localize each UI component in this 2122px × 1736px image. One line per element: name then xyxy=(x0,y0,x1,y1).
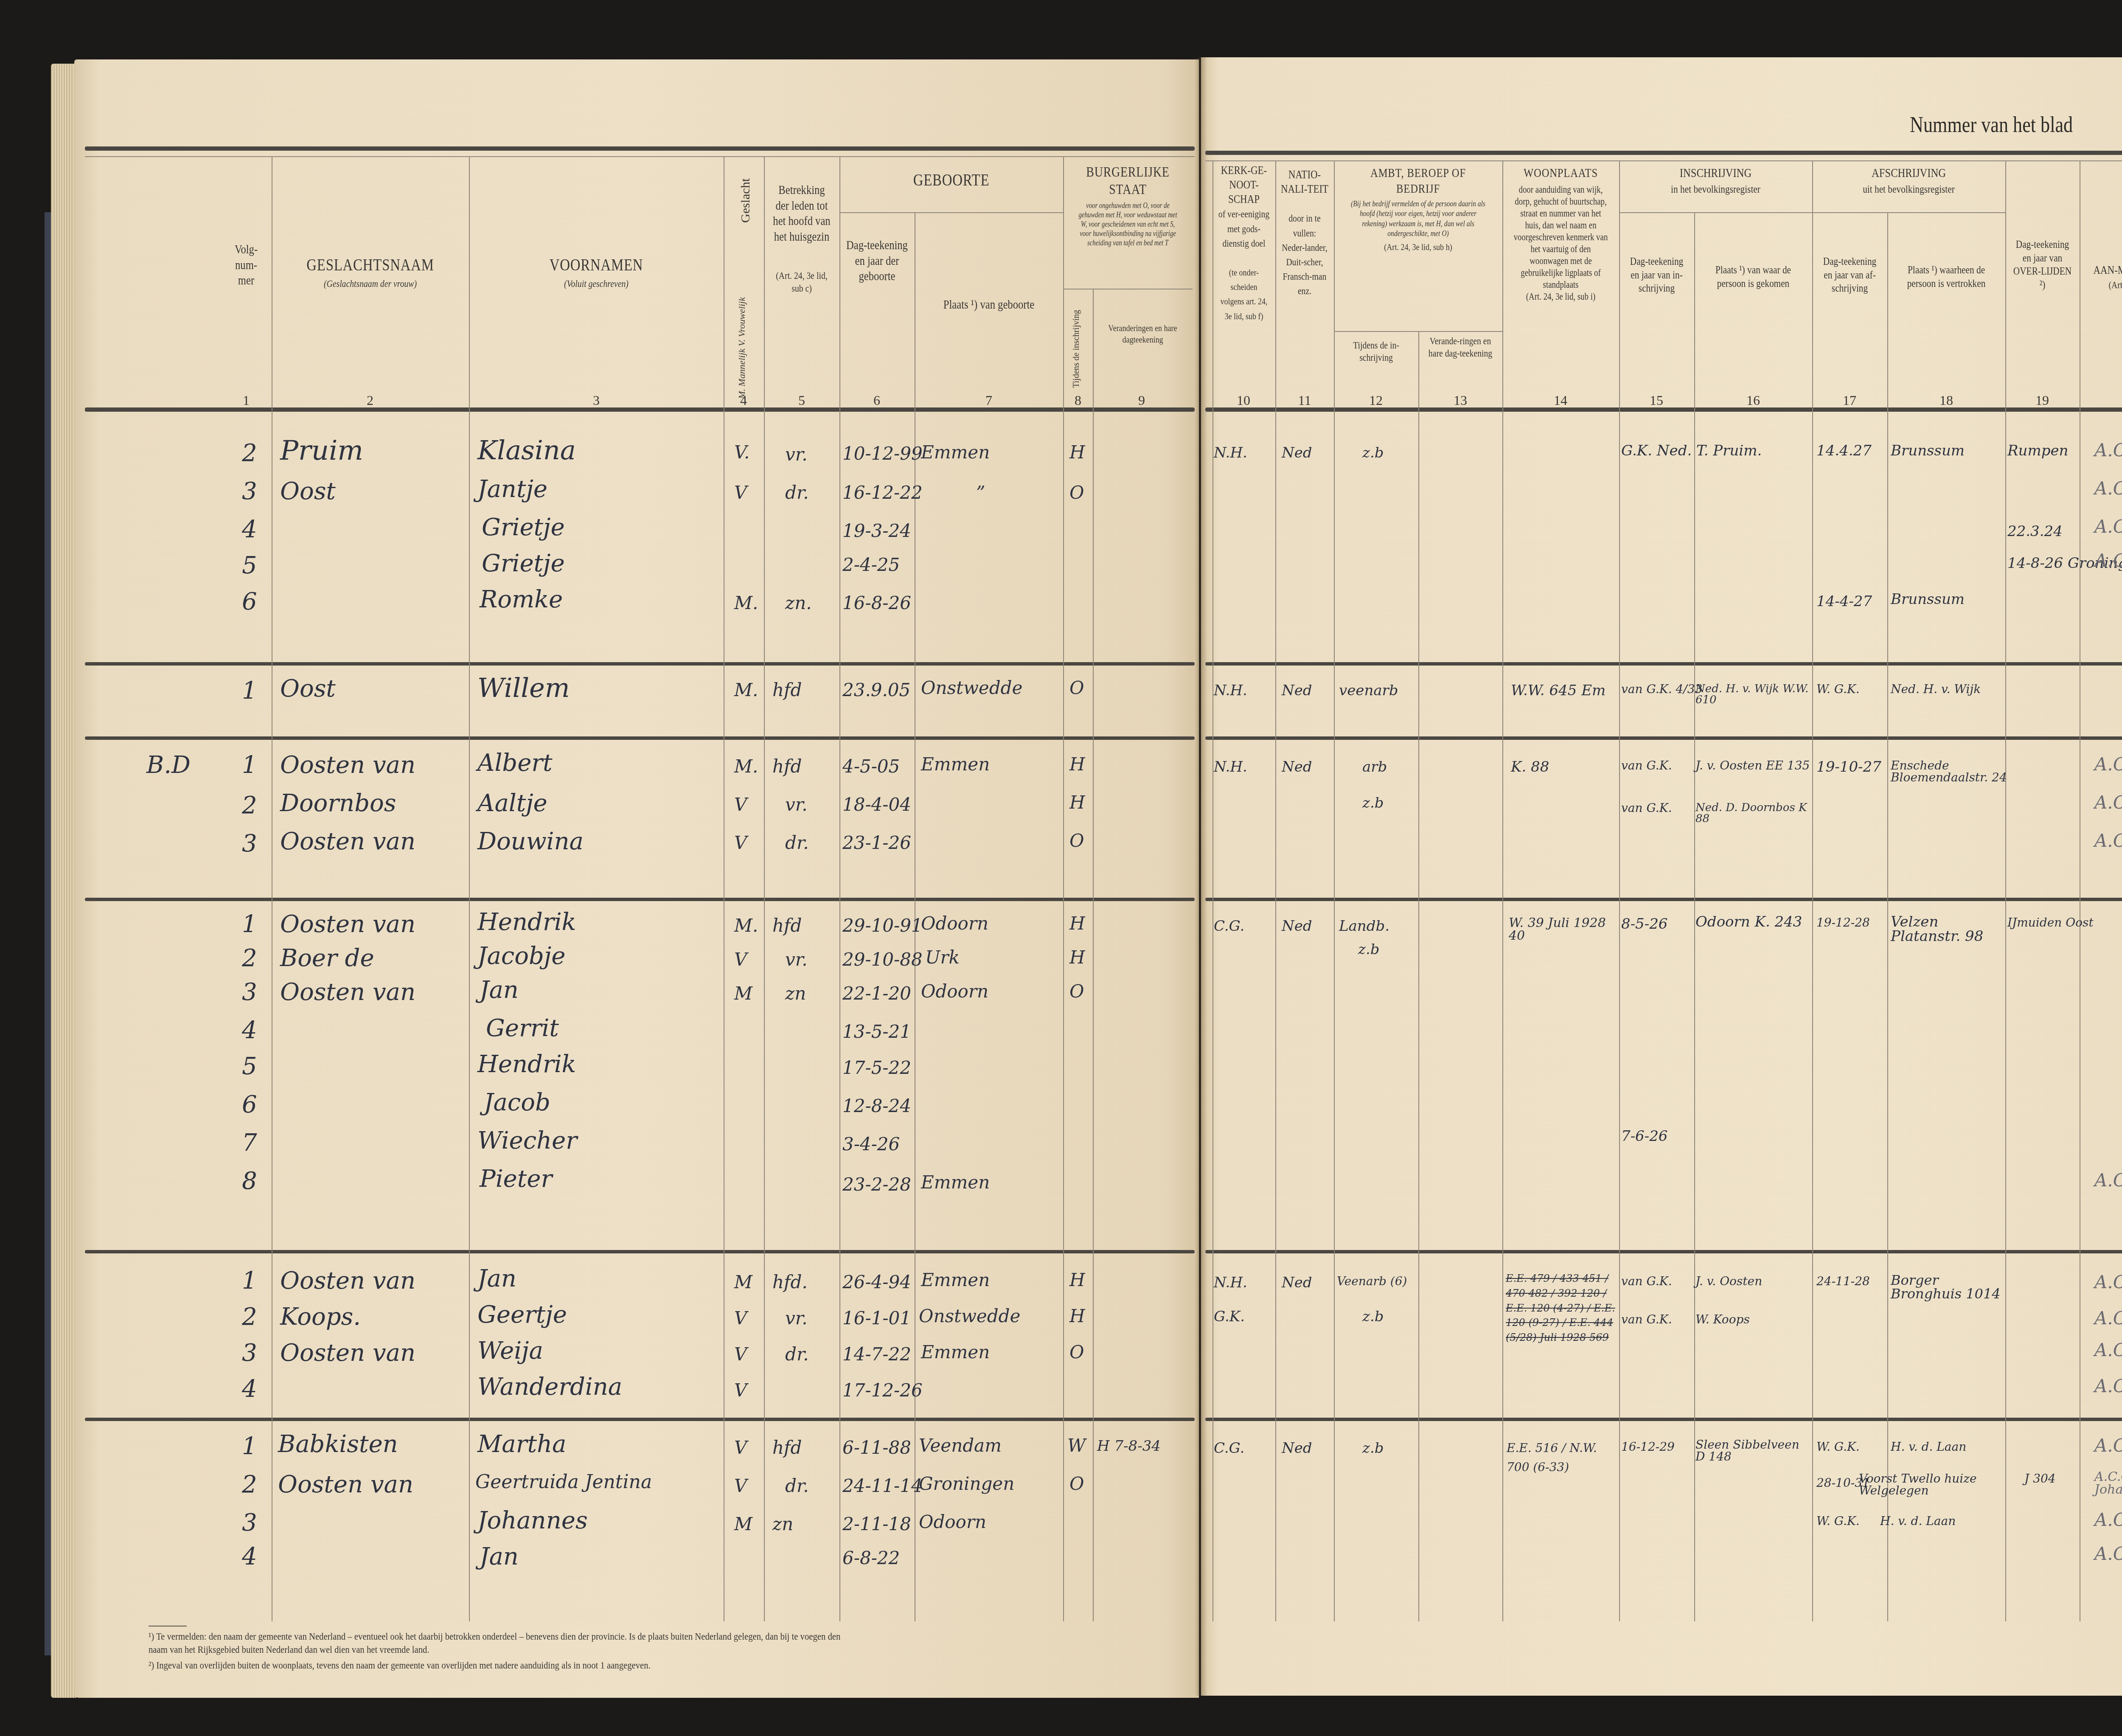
surname: Oosten van xyxy=(280,913,415,936)
colnum-8: 8 xyxy=(1061,393,1095,408)
colnum-5: 5 xyxy=(785,393,819,408)
birth-date: 10-12-99 xyxy=(842,445,923,463)
sex: V xyxy=(734,1309,747,1327)
header-volgnummer: Volg- num- mer xyxy=(225,242,267,289)
birth-date: 4-5-05 xyxy=(842,758,900,775)
given-name: Douwina xyxy=(477,830,584,854)
birth-date: 26-4-94 xyxy=(842,1273,911,1291)
deregistration-place: Enschede Bloemendaalstr. 24 xyxy=(1891,760,2018,784)
sex: V xyxy=(734,951,747,969)
birth-date: 29-10-88 xyxy=(842,951,923,969)
birth-place: Onstwedde xyxy=(921,679,1022,697)
civil-status: O xyxy=(1069,1475,1084,1493)
church: C.G. xyxy=(1214,1441,1244,1455)
nationality: Ned xyxy=(1282,1275,1312,1290)
sheet-number-label: Nummer van het blad xyxy=(1910,112,2073,138)
relation: dr. xyxy=(785,834,809,852)
given-name: Jantje xyxy=(477,478,547,501)
surname: Oosten van xyxy=(278,1473,413,1497)
header-bs-veranderingen: Veranderingen en hare dagteekening xyxy=(1102,323,1184,346)
given-name: Geertruida Jentina xyxy=(475,1473,652,1492)
residence: W. 39 Juli 1928 40 xyxy=(1509,917,1619,942)
footnote-2: ²) Ingeval van overlijden buiten de woon… xyxy=(149,1659,844,1672)
given-name: Hendrik xyxy=(477,910,576,934)
footnotes: ¹) Te vermelden: den naam der gemeente v… xyxy=(149,1630,844,1672)
deregistration-place: Brunssum xyxy=(1891,592,1965,607)
birth-date: 6-11-88 xyxy=(842,1439,911,1457)
colnum-7: 7 xyxy=(972,393,1006,408)
birth-place: Emmen xyxy=(921,1271,990,1289)
civil-status: H xyxy=(1069,915,1085,933)
header-geslacht-sub: M. Mannelijk V. Vrouwelijk xyxy=(736,297,747,399)
civil-status: O xyxy=(1069,983,1084,1000)
remark: A.C.C. xyxy=(2094,1273,2122,1291)
death-date: 22.3.24 xyxy=(2007,524,2063,539)
registration-origin: W. Koops xyxy=(1695,1314,1750,1326)
relation: vr. xyxy=(785,1309,808,1327)
civil-status: H xyxy=(1069,794,1085,812)
colnum-12: 12 xyxy=(1359,393,1393,408)
given-name: Grietje xyxy=(482,516,565,539)
deregistration-date: 19-12-28 xyxy=(1816,917,1870,929)
relation: dr. xyxy=(785,1477,809,1495)
header-burgerlijke-staat: BURGERLIJKE STAAT voor ongehuwden met O,… xyxy=(1075,163,1181,248)
residence: K. 88 xyxy=(1511,760,1549,774)
colnum-9: 9 xyxy=(1125,393,1159,408)
civil-status: O xyxy=(1069,484,1084,502)
relation: hfd xyxy=(772,681,802,699)
given-name: Romke xyxy=(480,588,563,612)
header-nationaliteit: NATIO-NALI-TEIT door in te vullen: Neder… xyxy=(1280,168,1328,298)
remark: A.C.C. xyxy=(2094,1171,2122,1189)
sex: V xyxy=(734,796,747,814)
header-geslacht: Geslacht xyxy=(738,178,753,223)
registration-origin: J. v. Oosten EE 135 xyxy=(1695,760,1810,772)
deregistration-place: H. v. d. Laan xyxy=(1891,1441,1966,1453)
surname: Pruim xyxy=(280,437,363,464)
remark: A.C.C. xyxy=(2094,518,2122,536)
row-number: 2 xyxy=(242,1305,257,1329)
civil-status: H xyxy=(1069,949,1085,966)
nationality: Ned xyxy=(1282,760,1312,774)
colnum-16: 16 xyxy=(1736,393,1770,408)
colnum-13: 13 xyxy=(1443,393,1477,408)
deregistration-place: Brunssum xyxy=(1891,444,1965,458)
civil-status: O xyxy=(1069,1343,1084,1361)
deregistration-date: 14-4-27 xyxy=(1816,594,1872,609)
remark: A.C.C. xyxy=(2094,552,2122,570)
given-name: Hendrik xyxy=(477,1053,576,1076)
row-number: 6 xyxy=(242,1093,257,1117)
remark: A.C.C. xyxy=(2094,832,2122,850)
given-name: Grietje xyxy=(482,552,565,576)
sex: M. xyxy=(734,594,758,612)
row-number: 3 xyxy=(242,980,257,1004)
header-betrekking: Betrekking der leden tot het hoofd van h… xyxy=(771,183,833,295)
given-name: Geertje xyxy=(477,1303,567,1327)
colnum-11: 11 xyxy=(1288,393,1322,408)
birth-place: Emmen xyxy=(921,1174,990,1191)
surname: Babkisten xyxy=(278,1433,398,1456)
row-number: 5 xyxy=(242,1055,257,1079)
civil-status: H xyxy=(1069,756,1085,773)
civil-status: O xyxy=(1069,679,1084,697)
relation: dr. xyxy=(785,1346,809,1363)
birth-place: Odoorn xyxy=(921,915,988,933)
birth-place: ” xyxy=(976,484,985,502)
relation: hfd. xyxy=(772,1273,808,1291)
surname: Oosten van xyxy=(280,830,415,854)
row-number: 3 xyxy=(242,832,257,856)
relation: zn xyxy=(772,1515,793,1533)
relation: zn xyxy=(785,985,806,1003)
remark: A.C.C. xyxy=(2094,756,2122,773)
given-name: Jan xyxy=(480,978,519,1002)
birth-date: 18-4-04 xyxy=(842,796,911,814)
occupation: z.b xyxy=(1362,1441,1384,1455)
remark: A.C.C. xyxy=(2094,1309,2122,1327)
colnum-20: 20 xyxy=(2118,393,2122,408)
relation: hfd xyxy=(772,917,802,935)
registration-origin: Ned. D. Doornbos K 88 xyxy=(1695,802,1810,824)
sex: M xyxy=(734,1515,752,1533)
deregistration-date: W. G.K. xyxy=(1816,1441,1860,1453)
row-number: 3 xyxy=(242,1341,257,1365)
deregistration-date: W. G.K. xyxy=(1816,1515,1860,1527)
nationality: Ned xyxy=(1282,1441,1312,1455)
remark: A.C.C. xyxy=(2094,794,2122,812)
birth-place: Emmen xyxy=(921,444,990,461)
sex: M xyxy=(734,1273,752,1291)
remark: A.C.C. xyxy=(2094,1341,2122,1359)
birth-date: 29-10-91 xyxy=(842,917,923,935)
registration-date: 7-6-26 xyxy=(1621,1129,1668,1143)
occupation: veenarb xyxy=(1339,683,1398,698)
church: G.K. xyxy=(1214,1309,1245,1324)
residence: E.E. 516 / N.W. 700 (6-33) xyxy=(1507,1439,1617,1477)
header-ambt-tijdens: Tijdens de in-schrijving xyxy=(1342,340,1411,365)
row-number: 2 xyxy=(242,1473,257,1497)
registration-date: van G.K. xyxy=(1621,1275,1672,1287)
civil-status: H xyxy=(1069,444,1085,461)
row-number: 2 xyxy=(242,441,257,465)
header-afschrijving: AFSCHRIJVING uit het bevolkingsregister xyxy=(1830,166,1988,197)
occupation: Veenarb (6) xyxy=(1337,1275,1407,1287)
registration-origin: Ned. H. v. Wijk W.W. 610 xyxy=(1695,683,1810,705)
deregistration-place: Ned. H. v. Wijk xyxy=(1891,683,1981,695)
birth-place: Emmen xyxy=(921,756,990,773)
header-inschrijving: INSCHRIJVING in het bevolkingsregister xyxy=(1636,166,1795,197)
sex: M. xyxy=(734,758,758,775)
row-number: 7 xyxy=(242,1131,257,1155)
header-afs-dag: Dag-teekening en jaar van af-schrijving xyxy=(1819,255,1881,295)
colnum-15: 15 xyxy=(1639,393,1673,408)
colnum-19: 19 xyxy=(2025,393,2059,408)
surname: Oosten van xyxy=(280,753,415,777)
registration-origin: G.K. Ned. T. Pruim. xyxy=(1621,444,1762,458)
header-ins-dag: Dag-teekening en jaar van in-schrijving xyxy=(1626,255,1687,295)
remark: A.C.C. xyxy=(2094,480,2122,497)
deregistration-place: Velzen Platanstr. 98 xyxy=(1891,915,2010,944)
civil-status: H xyxy=(1069,1271,1085,1289)
deregistration-date: W. G.K. xyxy=(1816,683,1860,695)
death-date: J 304 xyxy=(2024,1473,2056,1485)
birth-place: Onstwedde xyxy=(919,1307,1020,1325)
header-geboorte-plaats: Plaats ¹) van geboorte xyxy=(928,297,1050,313)
colnum-4: 4 xyxy=(727,393,761,408)
colnum-1: 1 xyxy=(229,393,263,408)
nationality: Ned xyxy=(1282,446,1312,460)
registration-date: 8-5-26 xyxy=(1621,917,1668,931)
sex: V xyxy=(734,1439,747,1457)
occupation: z.b xyxy=(1362,796,1384,810)
birth-date: 19-3-24 xyxy=(842,522,911,540)
nationality: Ned xyxy=(1282,919,1312,933)
row-number: 1 xyxy=(242,1435,257,1458)
given-name: Pieter xyxy=(480,1167,552,1191)
book-gutter xyxy=(1195,57,1207,1696)
row-number: 4 xyxy=(242,518,257,542)
death-date: Rumpen xyxy=(2007,444,2069,458)
civil-status: W xyxy=(1067,1437,1086,1455)
civil-status-change: H 7-8-34 xyxy=(1097,1439,1161,1453)
given-name: Johannes xyxy=(477,1509,588,1533)
given-name: Jan xyxy=(480,1545,519,1569)
relation: vr. xyxy=(785,951,808,969)
given-name: Weija xyxy=(477,1339,543,1363)
given-name: Jacob xyxy=(484,1091,550,1115)
birth-place: Urk xyxy=(925,949,960,966)
given-name: Wiecher xyxy=(477,1129,577,1153)
header-geslachtsnaam: GESLACHTSNAAM (Geslachtsnaam der vrouw) xyxy=(289,255,451,290)
footnote-1: ¹) Te vermelden: den naam der gemeente v… xyxy=(149,1630,844,1656)
surname: Oosten van xyxy=(280,980,415,1004)
birth-date: 16-8-26 xyxy=(842,594,911,612)
birth-place: Odoorn xyxy=(921,983,988,1000)
given-name: Jan xyxy=(477,1267,516,1291)
birth-date: 17-5-22 xyxy=(842,1059,911,1077)
relation: vr. xyxy=(785,796,808,814)
given-name: Willem xyxy=(477,675,570,701)
footnote-rule xyxy=(149,1626,187,1626)
registration-date: van G.K. xyxy=(1621,802,1672,814)
colnum-14: 14 xyxy=(1544,393,1577,408)
surname: Oosten van xyxy=(280,1269,415,1293)
deregistration-place: Borger Bronghuis 1014 xyxy=(1891,1273,2001,1301)
given-name: Jacobje xyxy=(477,944,565,968)
birth-date: 2-11-18 xyxy=(842,1515,911,1533)
deregistration-date: 24-11-28 xyxy=(1816,1275,1870,1287)
row-number: 3 xyxy=(242,480,257,503)
occupation: z.b xyxy=(1362,446,1384,460)
header-aanmerkingen: AAN-MERKINGEN (Art. 24, 5e lid) xyxy=(2089,263,2122,292)
church: N.H. xyxy=(1214,1275,1247,1290)
birth-date: 6-8-22 xyxy=(842,1549,900,1567)
header-ambt-veranderingen: Verande-ringen en hare dag-teekening xyxy=(1426,335,1495,360)
header-kerkgenootschap: KERK-GE-NOOT-SCHAP of ver-eeniging met g… xyxy=(1218,163,1269,323)
birth-date: 12-8-24 xyxy=(842,1097,911,1115)
registration-date: 16-12-29 xyxy=(1621,1441,1675,1453)
surname: Koops. xyxy=(280,1305,361,1329)
sex: M. xyxy=(734,681,758,699)
row-number: 1 xyxy=(242,913,257,936)
occupation: z.b xyxy=(1358,942,1380,957)
given-name: Gerrit xyxy=(486,1017,559,1040)
sex: M xyxy=(734,985,752,1003)
given-name: Martha xyxy=(477,1433,566,1456)
sex: V xyxy=(734,484,747,502)
surname: Oosten van xyxy=(280,1341,415,1365)
given-name: Albert xyxy=(477,751,553,775)
church: N.H. xyxy=(1214,446,1247,460)
row-number: 2 xyxy=(242,794,257,817)
deregistration-date: 14.4.27 xyxy=(1816,444,1872,458)
death-place: IJmuiden Oost xyxy=(2007,917,2122,929)
header-geboorte-dag: Dag-teekening en jaar der geboorte xyxy=(846,238,908,284)
birth-date: 16-12-22 xyxy=(842,484,923,502)
sex: V xyxy=(734,1346,747,1363)
registration-date: van G.K. 4/33 xyxy=(1621,683,1702,695)
occupation: z.b xyxy=(1362,1309,1384,1324)
sex: V. xyxy=(734,444,749,461)
sex: V xyxy=(734,834,747,852)
birth-date: 14-7-22 xyxy=(842,1346,911,1363)
surname: Oost xyxy=(280,677,336,701)
colnum-3: 3 xyxy=(579,393,613,408)
row-number: 8 xyxy=(242,1169,257,1193)
birth-place: Odoorn xyxy=(919,1513,986,1531)
header-ambt: AMBT, BEROEP OF BEDRIJF (Bij het bedrijf… xyxy=(1349,166,1488,254)
relation: vr. xyxy=(785,446,808,463)
colnum-10: 10 xyxy=(1227,393,1260,408)
remark: A.C.C. xyxy=(2094,1437,2122,1455)
remark: A.C.C. xyxy=(2094,441,2122,459)
given-name: Wanderdina xyxy=(477,1375,622,1399)
colnum-6: 6 xyxy=(860,393,894,408)
civil-status: H xyxy=(1069,1307,1085,1325)
surname: Doornbos xyxy=(280,792,396,815)
row-number: 1 xyxy=(242,753,257,777)
header-geboorte: GEBOORTE xyxy=(859,170,1043,193)
relation: zn. xyxy=(785,594,812,612)
deregistration-date: 19-10-27 xyxy=(1816,760,1881,774)
colnum-17: 17 xyxy=(1833,393,1867,408)
birth-date: 17-12-26 xyxy=(842,1382,923,1399)
header-ins-plaats: Plaats ¹) van waar de persoon is gekomen xyxy=(1705,263,1802,290)
row-number: 4 xyxy=(242,1545,257,1569)
sex: M. xyxy=(734,917,758,935)
row-number: 1 xyxy=(242,679,257,703)
given-name: Klasina xyxy=(477,437,576,463)
church: N.H. xyxy=(1214,760,1247,774)
sex: V xyxy=(734,1382,747,1399)
registration-date: van G.K. xyxy=(1621,760,1672,772)
given-name: Aaltje xyxy=(477,792,547,815)
registration-date: van G.K. xyxy=(1621,1314,1672,1326)
birth-date: 23-1-26 xyxy=(842,834,911,852)
birth-place: Veendam xyxy=(919,1437,1002,1455)
header-bs-tijdens: Tijdens de inschrijving xyxy=(1072,310,1081,388)
row-number: 3 xyxy=(242,1511,257,1535)
remark: A.C.C. xyxy=(2094,1511,2122,1529)
row-number: 2 xyxy=(242,947,257,970)
civil-status: O xyxy=(1069,832,1084,850)
colnum-2: 2 xyxy=(353,393,387,408)
birth-date: 23-2-28 xyxy=(842,1176,911,1194)
relation: hfd xyxy=(772,758,802,775)
nationality: Ned xyxy=(1282,683,1312,698)
header-overlijden: Dag-teekening en jaar van OVER-LIJDEN ²) xyxy=(2012,238,2073,292)
birth-place: Groningen xyxy=(919,1475,1014,1493)
deregistration-place: Voorst Twello huize Welgelegen xyxy=(1859,1473,2003,1497)
birth-date: 3-4-26 xyxy=(842,1135,900,1153)
row-number: 1 xyxy=(242,1269,257,1293)
residence: W.W. 645 Em xyxy=(1511,683,1606,698)
remark: A.C.C. Mevr. Johanstra xyxy=(2094,1471,2122,1496)
birth-date: 24-11-14 xyxy=(842,1477,923,1495)
church: C.G. xyxy=(1214,919,1244,933)
registration-origin: J. v. Oosten xyxy=(1695,1275,1762,1287)
header-afs-plaats: Plaats ¹) waarheen de persoon is vertrok… xyxy=(1898,263,1995,290)
deregistration-place: H. v. d. Laan xyxy=(1880,1515,1956,1527)
remark: A.C.C. xyxy=(2094,1545,2122,1563)
birth-date: 22-1-20 xyxy=(842,985,911,1003)
occupation: Landb. xyxy=(1339,919,1389,933)
header-voornamen: VOORNAMEN (Voluit geschreven) xyxy=(492,255,701,290)
surname: Boer de xyxy=(280,947,374,970)
church: N.H. xyxy=(1214,683,1247,698)
relation: hfd xyxy=(772,1439,802,1457)
registration-origin: Odoorn K. 243 xyxy=(1695,915,1810,929)
row-number: 6 xyxy=(242,590,257,614)
page-stack-left xyxy=(51,64,76,1698)
birth-date: 16-1-01 xyxy=(842,1309,911,1327)
surname: Oost xyxy=(280,480,336,503)
birth-place: Emmen xyxy=(921,1343,990,1361)
registration-origin: Sleen Sibbelveen D 148 xyxy=(1695,1439,1810,1463)
relation: dr. xyxy=(785,484,809,502)
row-number: 5 xyxy=(242,554,257,578)
row-number: 4 xyxy=(242,1377,257,1401)
margin-note: B.D xyxy=(146,753,191,777)
birth-date: 13-5-21 xyxy=(842,1023,911,1041)
remark: A.C.C. xyxy=(2094,1377,2122,1395)
row-number: 4 xyxy=(242,1019,257,1042)
birth-date: 23.9.05 xyxy=(842,681,910,699)
sex: V xyxy=(734,1477,747,1495)
residence: E.E. 479 / 433 451 / 470 482 / 392 120 /… xyxy=(1506,1271,1618,1345)
colnum-18: 18 xyxy=(1929,393,1963,408)
header-woonplaats: WOONPLAATS door aanduiding van wijk, dor… xyxy=(1513,166,1609,303)
occupation: arb xyxy=(1362,760,1387,774)
birth-date: 2-4-25 xyxy=(842,556,900,574)
